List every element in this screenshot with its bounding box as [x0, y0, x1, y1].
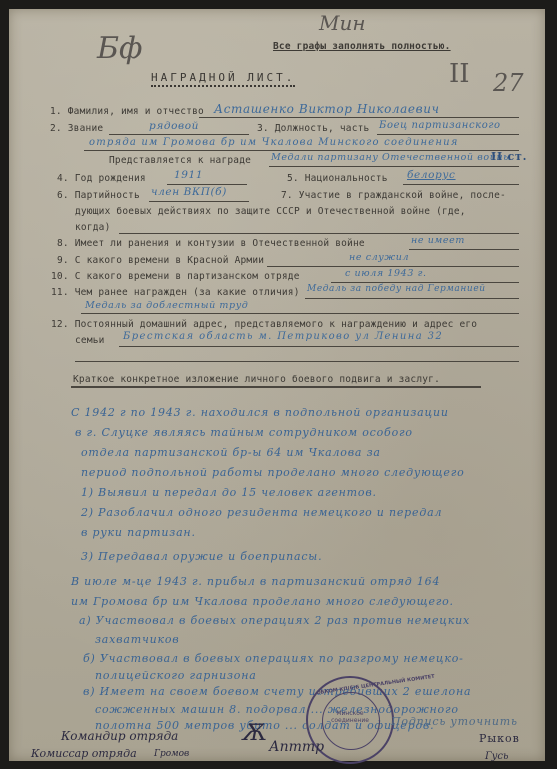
narrative-line: отдела партизанской бр-ы 64 им Чкалова з…	[81, 446, 381, 459]
field-5-value: белорус	[407, 169, 456, 181]
field-3-underline	[377, 134, 519, 135]
narrative-line: 3) Передавал оружие и боеприпасы.	[81, 550, 322, 563]
signature-right-2: Гусь	[485, 751, 508, 762]
pencil-mark-roman: II	[449, 59, 470, 89]
field-2-label: 2. Звание	[50, 123, 103, 134]
narrative-line: 1) Выявил и передал до 15 человек агенто…	[81, 486, 377, 499]
field-8-label: 8. Имеет ли ранения и контузии в Отечест…	[57, 238, 365, 249]
field-11-value: Медаль за победу над Германией	[307, 284, 486, 294]
field-10-value: с июля 1943 г.	[345, 268, 427, 279]
signature-right: Рыков	[479, 732, 520, 745]
narrative-line: им Громова бр им Чкалова проделано много…	[71, 595, 454, 608]
field-2-underline	[109, 134, 249, 135]
field-7-label-line2: дующих боевых действиях по защите СССР и…	[75, 206, 466, 217]
award-value: Медали партизану Отечественной войны	[271, 152, 512, 163]
field-2-value: рядовой	[149, 120, 199, 132]
field-12-underline-cont	[75, 361, 519, 362]
field-9-label: 9. С какого времени в Красной Армии	[57, 255, 264, 266]
field-3-value-cont: отряда им Громова бр им Чкалова Минского…	[89, 137, 459, 148]
field-12-label: 12. Постоянный домашний адрес, представл…	[51, 319, 477, 330]
document-title: НАГРАДНОЙ ЛИСТ.	[151, 71, 295, 87]
narrative-line: а) Участвовал в боевых операциях 2 раз п…	[79, 614, 470, 627]
stamp-center-text: Минское соединение	[328, 710, 372, 724]
field-8-underline	[409, 249, 519, 250]
commissar-signature-scrawl: Апттр	[269, 739, 324, 755]
commander-signature-label: Командир отряда	[61, 729, 178, 743]
pencil-mark-top-left: Бф	[97, 31, 143, 66]
commissar-signature-label: Комиссар отряда	[31, 747, 137, 760]
narrative-line: период подпольной работы проделано много…	[81, 466, 465, 479]
field-1-underline	[199, 117, 519, 118]
summary-heading-underline	[71, 386, 481, 388]
header-note: Все графы заполнять полностью.	[273, 41, 451, 52]
field-11-underline	[305, 298, 519, 299]
field-7-label-line1: 7. Участие в гражданской войне, после-	[281, 190, 506, 201]
commissar-name-part: Громов	[154, 749, 189, 759]
narrative-line: С 1942 г по 1943 г. находился в подпольн…	[71, 406, 449, 419]
commander-signature-scrawl: Ѫ	[241, 721, 266, 746]
signature-note: Подпись уточнить	[391, 715, 518, 728]
narrative-line: б) Участвовал в боевых операциях по разг…	[83, 652, 464, 665]
pencil-mark-number: 27	[493, 69, 524, 97]
narrative-line: в г. Слуцке являясь тайным сотрудником о…	[75, 426, 413, 439]
award-degree: II ст.	[491, 150, 527, 163]
field-4-label: 4. Год рождения	[57, 173, 146, 184]
field-12-label-line2: семьи	[75, 335, 105, 346]
field-1-label: 1. Фамилия, имя и отчество	[50, 106, 204, 117]
field-11-label: 11. Чем ранее награжден (за какие отличи…	[51, 287, 300, 298]
field-6-label: 6. Партийность	[57, 190, 140, 201]
field-11-underline-cont	[81, 313, 519, 314]
field-6-underline	[149, 201, 249, 202]
pencil-mark-top-center: Мин	[319, 11, 366, 35]
narrative-line: 2) Разоблачил одного резидента немецкого…	[81, 506, 442, 519]
narrative-line: захватчиков	[95, 633, 179, 646]
field-3-label: 3. Должность, часть	[257, 123, 369, 134]
field-5-underline	[403, 184, 519, 185]
field-11-value-cont: Медаль за доблестный труд	[85, 300, 248, 311]
field-6-value: член ВКП(б)	[151, 186, 227, 198]
award-sheet-paper: Бф Мин II 27 Все графы заполнять полност…	[9, 9, 545, 761]
field-10-label: 10. С какого времени в партизанском отря…	[51, 271, 300, 282]
field-4-value: 1911	[174, 169, 203, 181]
award-underline	[269, 166, 519, 167]
field-3-value: Боец партизанского	[379, 120, 501, 131]
field-3-underline-cont	[84, 150, 519, 151]
narrative-line: полицейского гарнизона	[95, 669, 257, 682]
summary-heading: Краткое конкретное изложение личного бое…	[73, 374, 440, 385]
narrative-line: В июле м-це 1943 г. прибыл в партизански…	[71, 575, 440, 588]
field-7-label-line3: когда)	[75, 222, 111, 233]
field-9-underline	[267, 266, 519, 267]
narrative-line: в) Имеет на своем боевом счету истребивш…	[83, 685, 471, 698]
field-7-underline	[119, 233, 519, 234]
field-9-value: не служил	[349, 252, 409, 263]
field-12-value: Брестская область м. Петриково ул Ленина…	[123, 331, 443, 342]
field-8-value: не имеет	[411, 235, 465, 246]
field-5-label: 5. Национальность	[287, 173, 388, 184]
award-label: Представляется к награде	[109, 155, 251, 166]
field-1-value: Асташенко Виктор Николаевич	[214, 102, 440, 116]
narrative-line: в руки партизан.	[81, 526, 196, 539]
field-10-underline	[331, 282, 519, 283]
field-4-underline	[167, 184, 247, 185]
field-12-underline	[119, 346, 519, 347]
